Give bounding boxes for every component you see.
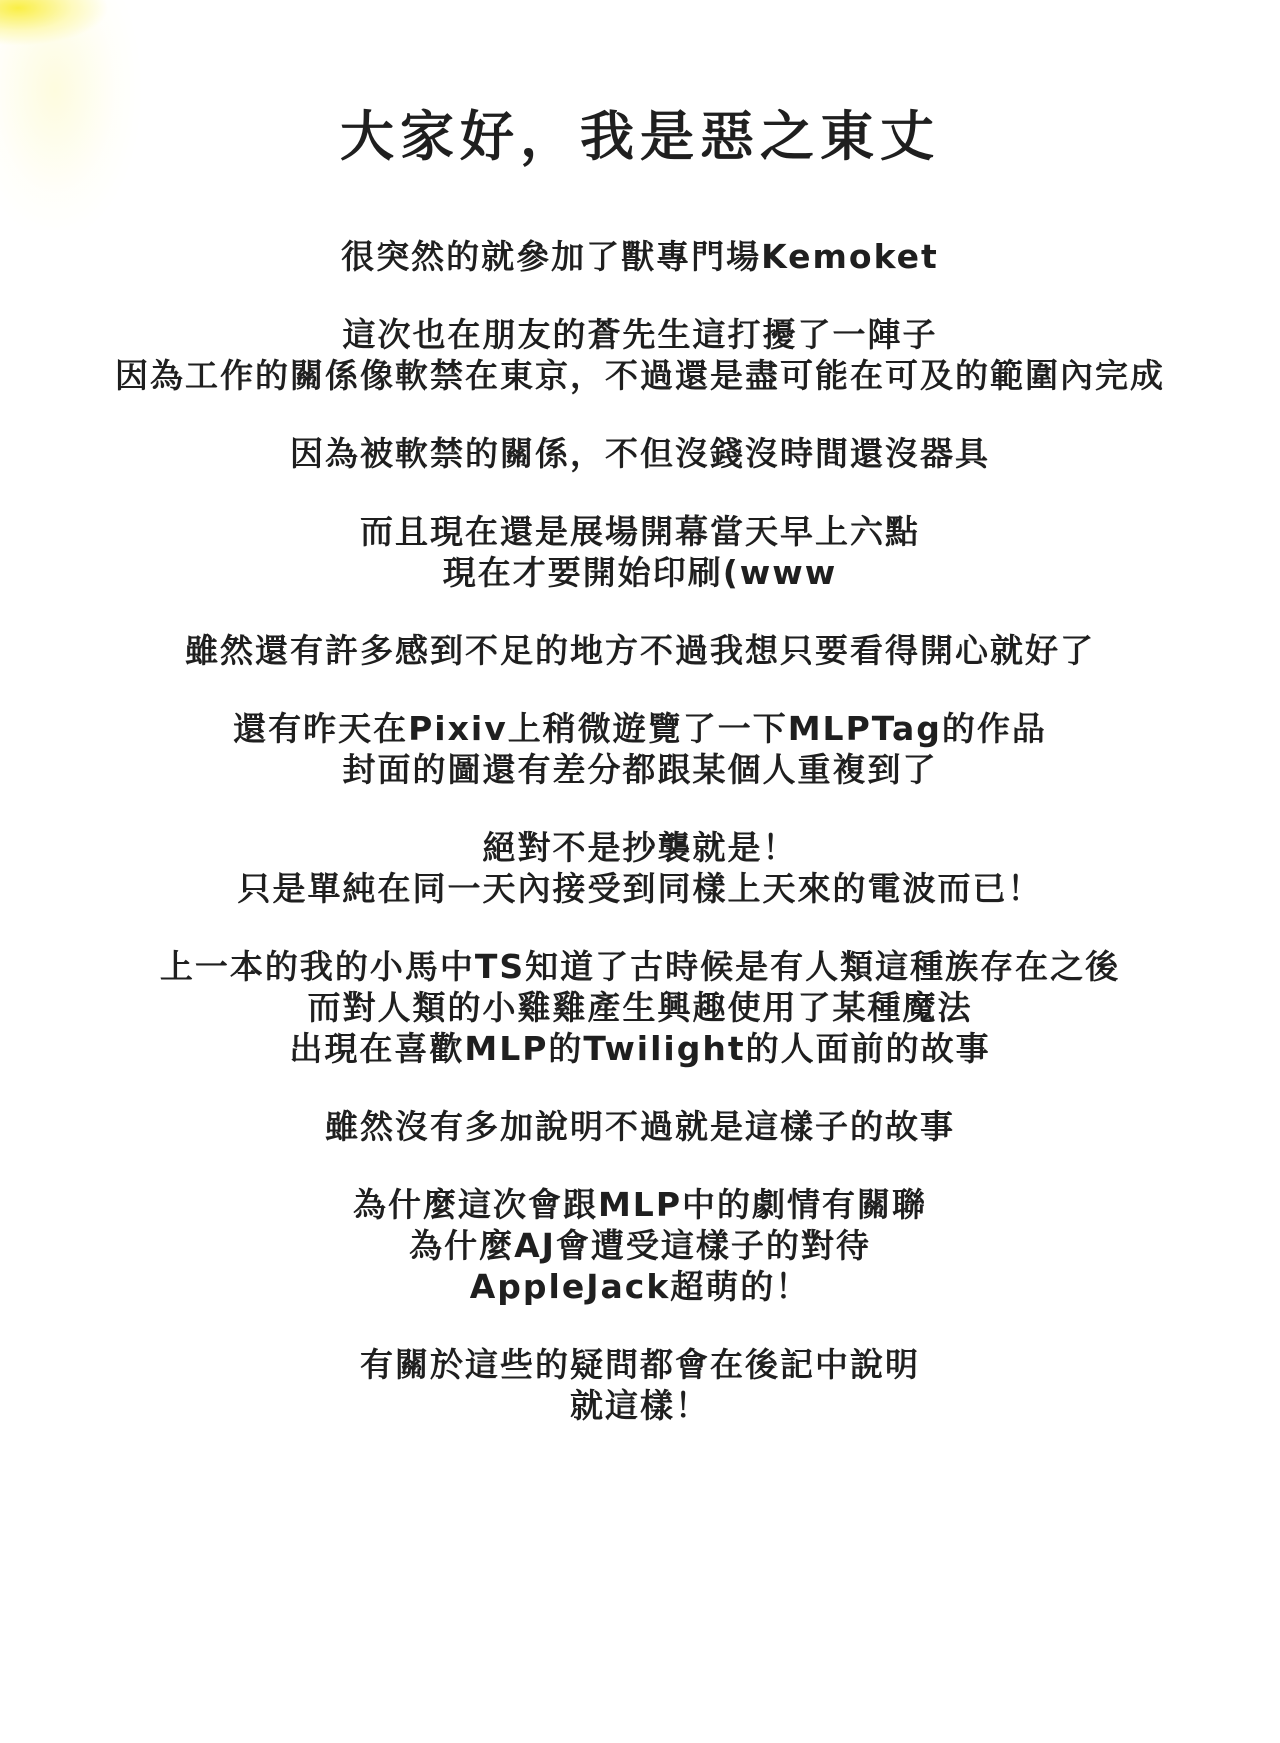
text-line: 出現在喜歡MLP的Twilight的人面前的故事 — [0, 1028, 1280, 1069]
paragraph: 為什麼這次會跟MLP中的劇情有關聯 為什麼AJ會遭受這樣子的對待 AppleJa… — [0, 1184, 1280, 1307]
text-line: 這次也在朋友的蒼先生這打擾了一陣子 — [0, 314, 1280, 355]
paragraph: 這次也在朋友的蒼先生這打擾了一陣子 因為工作的關係像軟禁在東京，不過還是盡可能在… — [0, 314, 1280, 396]
text-line: 有關於這些的疑問都會在後記中說明 — [0, 1344, 1280, 1385]
text-line: 就這樣！ — [0, 1385, 1280, 1426]
text-line: 雖然還有許多感到不足的地方不過我想只要看得開心就好了 — [0, 630, 1280, 671]
text-line: 還有昨天在Pixiv上稍微遊覽了一下MLPTag的作品 — [0, 708, 1280, 749]
text-line: 只是單純在同一天內接受到同樣上天來的電波而已！ — [0, 868, 1280, 909]
text-line: 因為工作的關係像軟禁在東京，不過還是盡可能在可及的範圍內完成 — [0, 355, 1280, 396]
text-line: 因為被軟禁的關係，不但沒錢沒時間還沒器具 — [0, 433, 1280, 474]
paragraph: 上一本的我的小馬中TS知道了古時候是有人類這種族存在之後 而對人類的小雞雞產生興… — [0, 946, 1280, 1069]
text-line: 而且現在還是展場開幕當天早上六點 — [0, 511, 1280, 552]
paragraph: 雖然沒有多加說明不過就是這樣子的故事 — [0, 1106, 1280, 1147]
text-line: 為什麼這次會跟MLP中的劇情有關聯 — [0, 1184, 1280, 1225]
text-line: AppleJack超萌的！ — [0, 1266, 1280, 1307]
page-content: 大家好，我是惡之東丈 很突然的就參加了獸專門場Kemoket 這次也在朋友的蒼先… — [0, 0, 1280, 1463]
text-line: 上一本的我的小馬中TS知道了古時候是有人類這種族存在之後 — [0, 946, 1280, 987]
paragraph: 絕對不是抄襲就是！ 只是單純在同一天內接受到同樣上天來的電波而已！ — [0, 827, 1280, 909]
paragraph: 還有昨天在Pixiv上稍微遊覽了一下MLPTag的作品 封面的圖還有差分都跟某個… — [0, 708, 1280, 790]
text-line: 現在才要開始印刷(www — [0, 552, 1280, 593]
text-line: 而對人類的小雞雞產生興趣使用了某種魔法 — [0, 987, 1280, 1028]
paragraph: 有關於這些的疑問都會在後記中說明 就這樣！ — [0, 1344, 1280, 1426]
paragraph: 雖然還有許多感到不足的地方不過我想只要看得開心就好了 — [0, 630, 1280, 671]
text-line: 絕對不是抄襲就是！ — [0, 827, 1280, 868]
body-text: 很突然的就參加了獸專門場Kemoket 這次也在朋友的蒼先生這打擾了一陣子 因為… — [0, 236, 1280, 1426]
paragraph: 很突然的就參加了獸專門場Kemoket — [0, 236, 1280, 277]
text-line: 很突然的就參加了獸專門場Kemoket — [0, 236, 1280, 277]
page-title: 大家好，我是惡之東丈 — [0, 104, 1280, 170]
text-line: 封面的圖還有差分都跟某個人重複到了 — [0, 749, 1280, 790]
paragraph: 因為被軟禁的關係，不但沒錢沒時間還沒器具 — [0, 433, 1280, 474]
text-line: 雖然沒有多加說明不過就是這樣子的故事 — [0, 1106, 1280, 1147]
paragraph: 而且現在還是展場開幕當天早上六點 現在才要開始印刷(www — [0, 511, 1280, 593]
scanned-page: 大家好，我是惡之東丈 很突然的就參加了獸專門場Kemoket 這次也在朋友的蒼先… — [0, 0, 1280, 1743]
text-line: 為什麼AJ會遭受這樣子的對待 — [0, 1225, 1280, 1266]
